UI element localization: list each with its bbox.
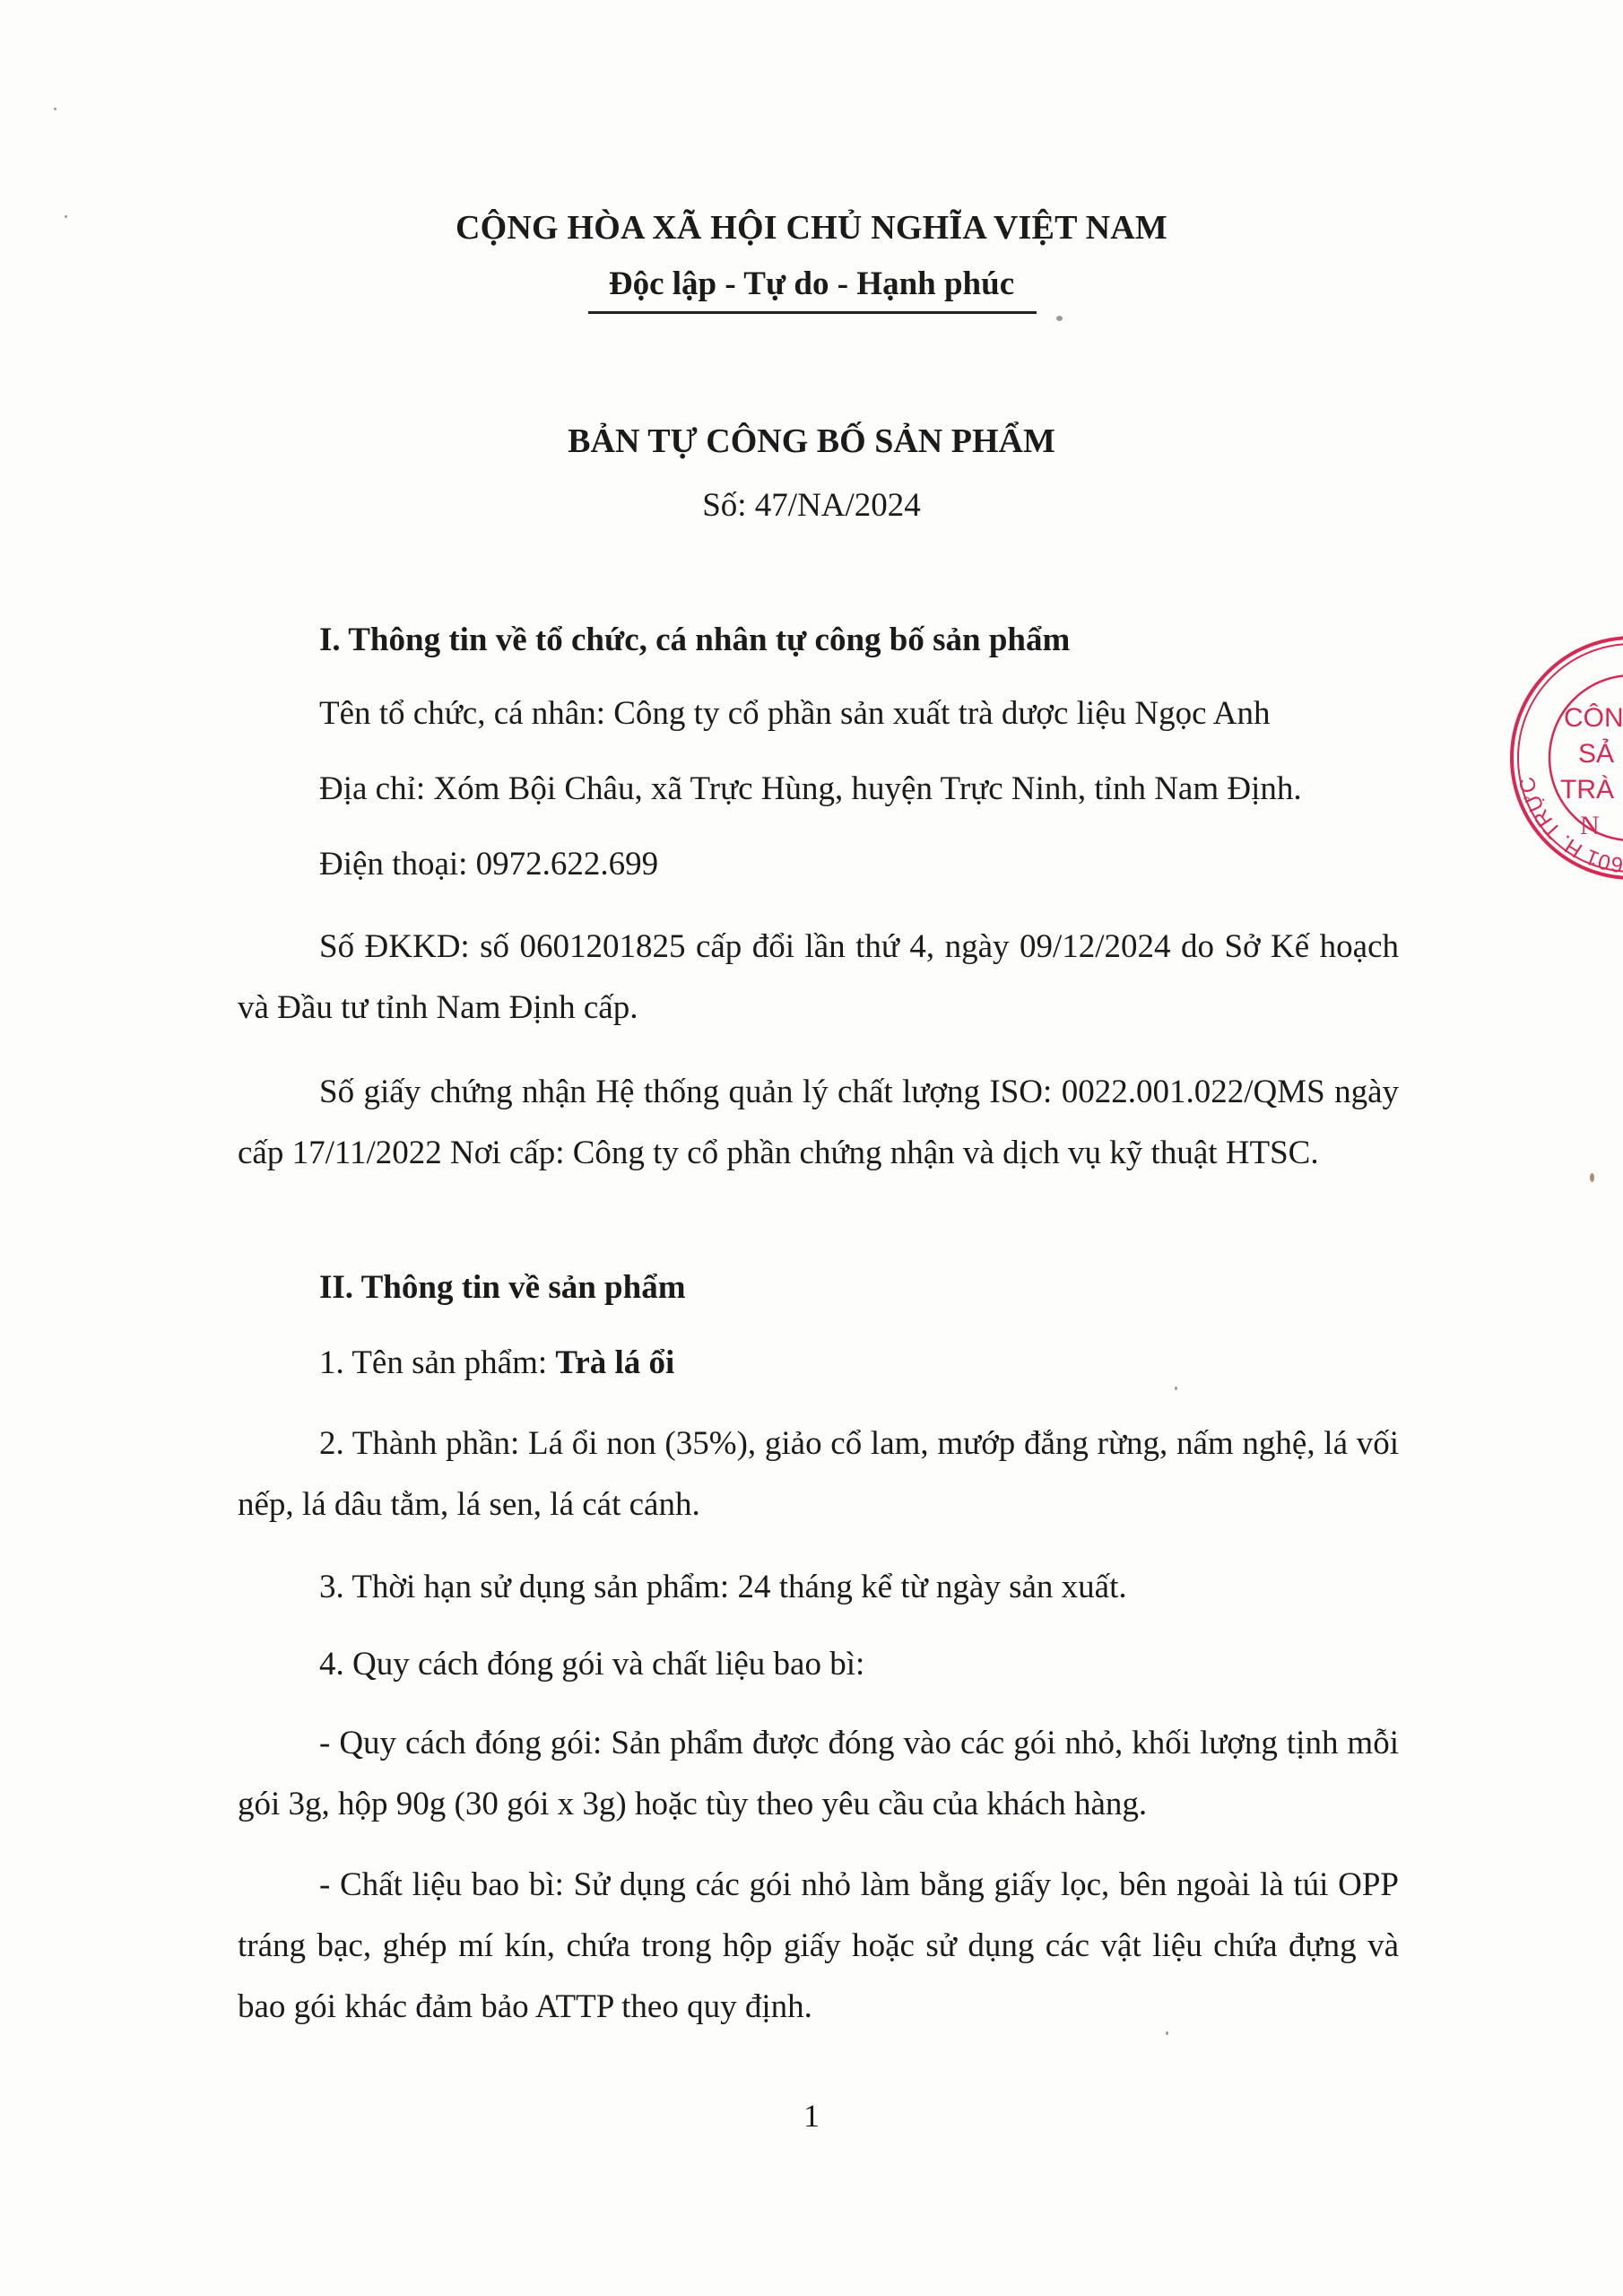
scan-speck [1056, 316, 1063, 321]
svg-text:SẢ: SẢ [1578, 738, 1614, 769]
scan-speck [1590, 1173, 1594, 1182]
svg-text:CÔN: CÔN [1564, 702, 1623, 733]
document-page: CỘNG HÒA XÃ HỘI CHỦ NGHĨA VIỆT NAM Độc l… [0, 0, 1623, 2296]
scan-speck [1175, 1387, 1177, 1390]
scan-speck [54, 108, 56, 110]
document-number: Số: 47/NA/2024 [0, 486, 1623, 525]
scan-speck [1166, 2031, 1168, 2035]
motto-underline [588, 311, 1037, 314]
national-title: CỘNG HÒA XÃ HỘI CHỦ NGHĨA VIỆT NAM [0, 208, 1623, 248]
section1-heading: I. Thông tin về tổ chức, cá nhân tự công… [238, 610, 1399, 671]
national-motto: Độc lập - Tự do - Hạnh phúc [0, 265, 1623, 303]
page-number: 1 [0, 2097, 1623, 2135]
business-registration: Số ĐKKD: số 0601201825 cấp đổi lần thứ 4… [238, 917, 1399, 1039]
packaging-spec: - Quy cách đóng gói: Sản phẩm được đóng … [238, 1713, 1399, 1835]
document-title: BẢN TỰ CÔNG BỐ SẢN PHẨM [0, 422, 1623, 461]
packaging-heading: 4. Quy cách đóng gói và chất liệu bao bì… [238, 1634, 1399, 1695]
scan-speck [65, 215, 67, 218]
company-stamp-icon: ★ M.S.D.N: 0601 H. TRỰC CÔN SẢ TRÀ N [1506, 632, 1623, 883]
svg-text:N: N [1580, 811, 1600, 840]
packaging-material: - Chất liệu bao bì: Sử dụng các gói nhỏ … [238, 1855, 1399, 2038]
product-name: 1. Tên sản phẩm: Trà lá ổi [238, 1333, 1399, 1394]
product-ingredients: 2. Thành phần: Lá ổi non (35%), giảo cổ … [238, 1413, 1399, 1535]
svg-text:TRÀ: TRÀ [1560, 775, 1614, 804]
product-shelf-life: 3. Thời hạn sử dụng sản phẩm: 24 tháng k… [238, 1557, 1399, 1618]
section2-heading: II. Thông tin về sản phẩm [238, 1257, 1399, 1318]
product-name-label: 1. Tên sản phẩm: [319, 1344, 555, 1381]
org-address: Địa chỉ: Xóm Bội Châu, xã Trực Hùng, huy… [238, 759, 1399, 820]
org-phone: Điện thoại: 0972.622.699 [238, 834, 1399, 895]
org-name: Tên tổ chức, cá nhân: Công ty cổ phần sả… [238, 683, 1399, 744]
product-name-value: Trà lá ổi [555, 1344, 674, 1381]
iso-certificate: Số giấy chứng nhận Hệ thống quản lý chất… [238, 1062, 1399, 1184]
